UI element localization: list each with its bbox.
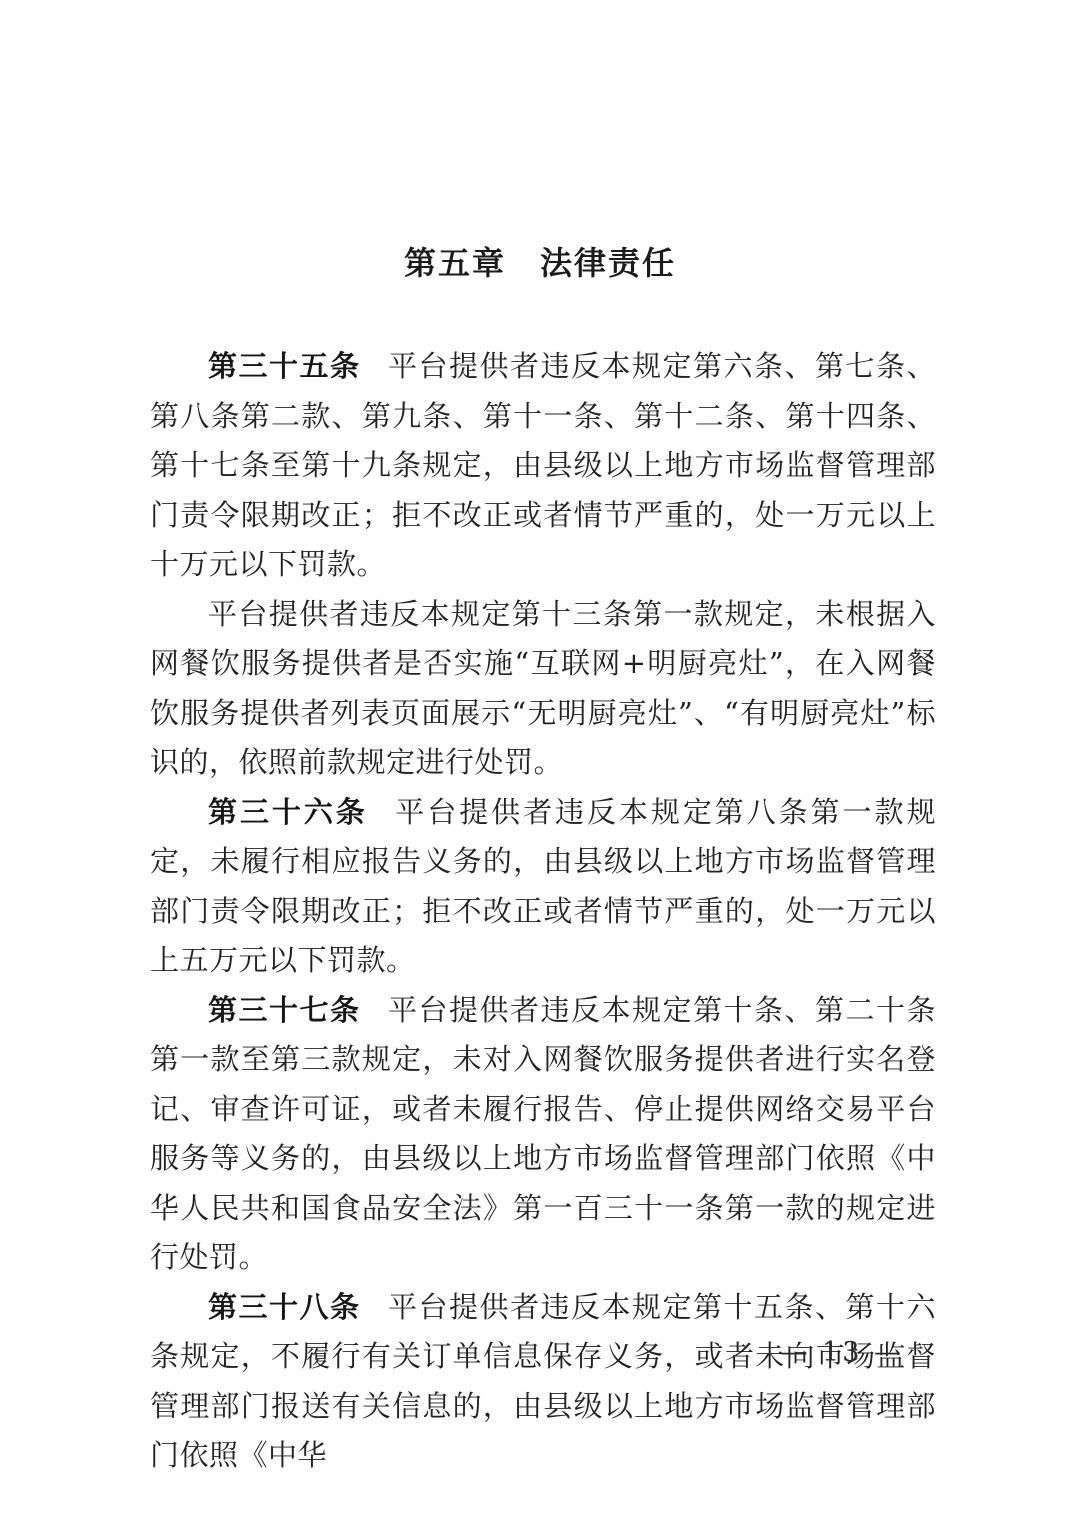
- paragraph: 第三十六条平台提供者违反本规定第八条第一款规定，未履行相应报告义务的，由县级以上…: [150, 788, 936, 986]
- document-body: 第三十五条平台提供者违反本规定第六条、第七条、第八条第二款、第九条、第十一条、第…: [150, 342, 936, 1481]
- chapter-title: 第五章 法律责任: [0, 243, 1080, 283]
- article-number: 第三十六条: [208, 795, 368, 829]
- paragraph-text: 平台提供者违反本规定第十三条第一款规定，未根据入网餐饮服务提供者是否实施“互联网…: [150, 597, 936, 780]
- paragraph: 第三十八条平台提供者违反本规定第十五条、第十六条规定，不履行有关订单信息保存义务…: [150, 1283, 936, 1481]
- article-number: 第三十八条: [208, 1290, 360, 1324]
- paragraph-text: 平台提供者违反本规定第十条、第二十条第一款至第三款规定，未对入网餐饮服务提供者进…: [150, 993, 936, 1275]
- paragraph-text: 平台提供者违反本规定第六条、第七条、第八条第二款、第九条、第十一条、第十二条、第…: [150, 349, 936, 581]
- page-number: — 13 —: [780, 1336, 904, 1370]
- paragraph: 第三十七条平台提供者违反本规定第十条、第二十条第一款至第三款规定，未对入网餐饮服…: [150, 986, 936, 1283]
- document-page: 第五章 法律责任 第三十五条平台提供者违反本规定第六条、第七条、第八条第二款、第…: [0, 0, 1080, 1515]
- paragraph: 第三十五条平台提供者违反本规定第六条、第七条、第八条第二款、第九条、第十一条、第…: [150, 342, 936, 590]
- article-number: 第三十七条: [208, 993, 360, 1027]
- article-number: 第三十五条: [208, 349, 360, 383]
- paragraph: 平台提供者违反本规定第十三条第一款规定，未根据入网餐饮服务提供者是否实施“互联网…: [150, 590, 936, 788]
